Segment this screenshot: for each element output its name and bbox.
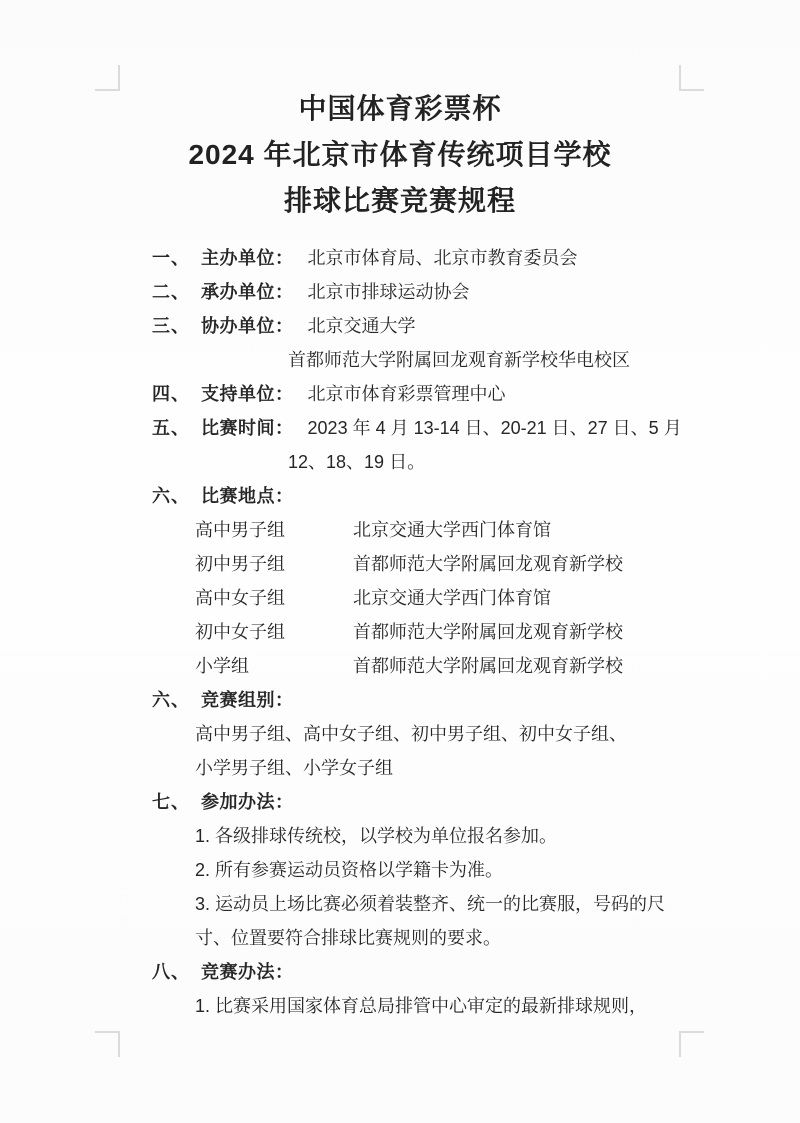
venue-name: 北京交通大学西门体育馆 (353, 581, 551, 615)
list-item: 2. 所有参赛运动员资格以学籍卡为准。 (152, 853, 692, 887)
document-title: 中国体育彩票杯 2024 年北京市体育传统项目学校 排球比赛竞赛规程 (0, 86, 800, 224)
section-venues: 六、 比赛地点： (152, 479, 692, 513)
section-number: 八、 (152, 962, 190, 982)
section-label: 竞赛办法： (201, 962, 294, 982)
venue-name: 首都师范大学附属回龙观育新学校 (353, 615, 623, 649)
section-number: 七、 (152, 792, 190, 812)
section-organizer: 二、 承办单位： 北京市排球运动协会 (152, 275, 692, 309)
section-text: 北京交通大学 (308, 316, 416, 336)
section-number: 五、 (152, 418, 190, 438)
venue-name: 首都师范大学附属回龙观育新学校 (353, 649, 623, 683)
venue-row: 高中男子组 北京交通大学西门体育馆 (152, 513, 692, 547)
section-label: 竞赛组别： (201, 690, 294, 710)
venue-group: 小学组 (195, 649, 353, 683)
section-text: 北京市排球运动协会 (308, 282, 470, 302)
corner-mark-bottom-right-icon (679, 1031, 704, 1057)
section-groups: 六、 竞赛组别： (152, 683, 692, 717)
document-page: 中国体育彩票杯 2024 年北京市体育传统项目学校 排球比赛竞赛规程 一、 主办… (0, 0, 800, 1123)
venue-name: 北京交通大学西门体育馆 (353, 513, 551, 547)
document-body: 一、 主办单位： 北京市体育局、北京市教育委员会 二、 承办单位： 北京市排球运… (152, 241, 692, 1023)
groups-line: 高中男子组、高中女子组、初中男子组、初中女子组、 (152, 717, 692, 751)
corner-mark-bottom-left-icon (95, 1031, 120, 1057)
list-item-continuation: 寸、位置要符合排球比赛规则的要求。 (152, 921, 692, 955)
section-number: 一、 (152, 248, 190, 268)
section-text: 北京市体育彩票管理中心 (308, 384, 506, 404)
venue-group: 初中男子组 (195, 547, 353, 581)
section-label: 参加办法： (201, 792, 294, 812)
section-label: 比赛时间： (201, 418, 294, 438)
section-competition-time: 五、 比赛时间： 2023 年 4 月 13-14 日、20-21 日、27 日… (152, 411, 692, 445)
title-line-1: 中国体育彩票杯 (0, 86, 800, 132)
venue-name: 首都师范大学附属回龙观育新学校 (353, 547, 623, 581)
list-item: 1. 比赛采用国家体育总局排管中心审定的最新排球规则， (152, 989, 692, 1023)
venue-row: 小学组 首都师范大学附属回龙观育新学校 (152, 649, 692, 683)
venue-row: 高中女子组 北京交通大学西门体育馆 (152, 581, 692, 615)
section-competition-time-continuation: 12、18、19 日。 (152, 445, 692, 479)
section-number: 四、 (152, 384, 190, 404)
section-label: 比赛地点： (201, 486, 294, 506)
section-number: 六、 (152, 486, 190, 506)
section-text: 北京市体育局、北京市教育委员会 (308, 248, 578, 268)
venue-group: 高中女子组 (195, 581, 353, 615)
venue-group: 高中男子组 (195, 513, 353, 547)
list-item: 1. 各级排球传统校，以学校为单位报名参加。 (152, 819, 692, 853)
title-line-3: 排球比赛竞赛规程 (0, 178, 800, 224)
section-supporter: 四、 支持单位： 北京市体育彩票管理中心 (152, 377, 692, 411)
section-number: 三、 (152, 316, 190, 336)
section-number: 二、 (152, 282, 190, 302)
section-participation: 七、 参加办法： (152, 785, 692, 819)
section-label: 主办单位： (201, 248, 294, 268)
section-competition-method: 八、 竞赛办法： (152, 955, 692, 989)
section-number: 六、 (152, 690, 190, 710)
venue-row: 初中男子组 首都师范大学附属回龙观育新学校 (152, 547, 692, 581)
section-co-organizer: 三、 协办单位： 北京交通大学 (152, 309, 692, 343)
section-host: 一、 主办单位： 北京市体育局、北京市教育委员会 (152, 241, 692, 275)
venue-row: 初中女子组 首都师范大学附属回龙观育新学校 (152, 615, 692, 649)
list-item: 3. 运动员上场比赛必须着装整齐、统一的比赛服，号码的尺 (152, 887, 692, 921)
section-label: 承办单位： (201, 282, 294, 302)
section-text: 2023 年 4 月 13-14 日、20-21 日、27 日、5 月 (308, 418, 682, 438)
section-label: 协办单位： (201, 316, 294, 336)
venue-group: 初中女子组 (195, 615, 353, 649)
groups-line: 小学男子组、小学女子组 (152, 751, 692, 785)
section-label: 支持单位： (201, 384, 294, 404)
section-co-organizer-continuation: 首都师范大学附属回龙观育新学校华电校区 (152, 343, 692, 377)
title-line-2: 2024 年北京市体育传统项目学校 (0, 132, 800, 178)
